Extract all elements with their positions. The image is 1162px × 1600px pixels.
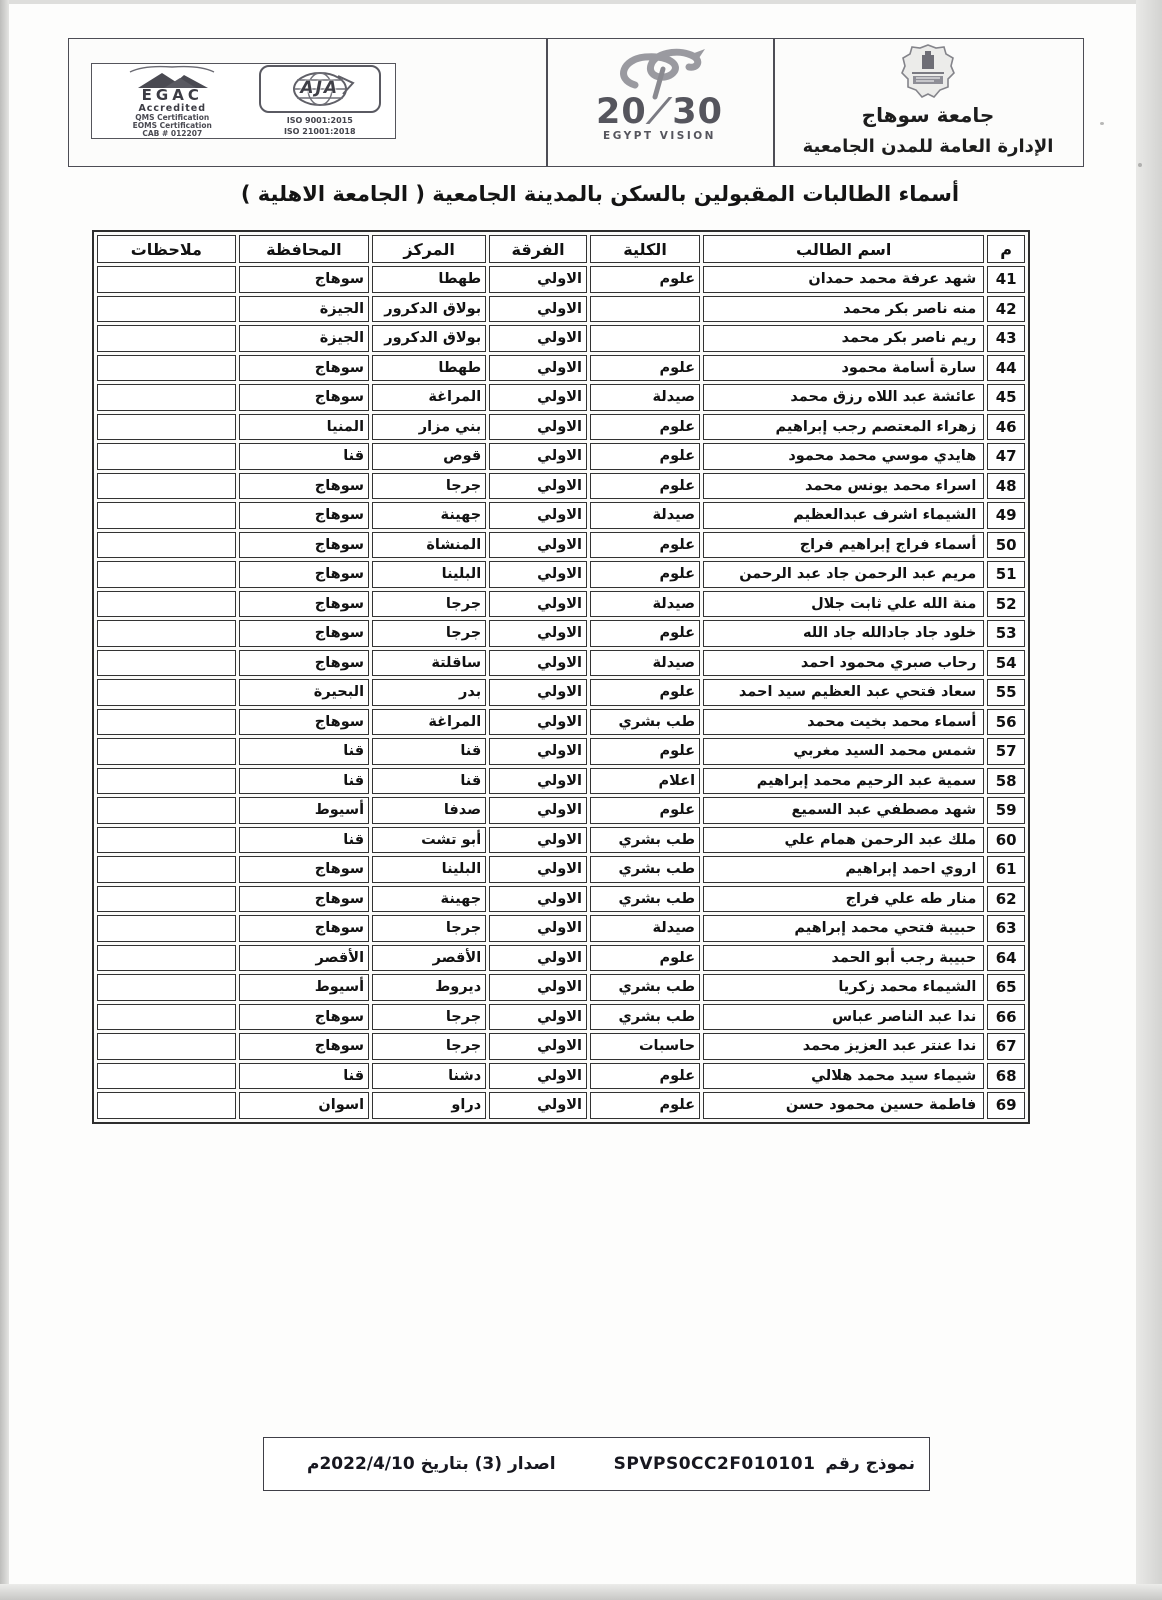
cell-grade: الاولي bbox=[489, 325, 587, 352]
accreditation-cell: EGAC Accredited QMS Certification EOMS C… bbox=[69, 39, 546, 166]
cell-number: 45 bbox=[987, 384, 1025, 411]
cell-center: بولاق الدكرور bbox=[372, 296, 486, 323]
col-header-notes: ملاحظات bbox=[97, 235, 236, 263]
cell-student-name: سمية عبد الرحيم محمد إبراهيم bbox=[703, 768, 984, 795]
scan-speck bbox=[1100, 122, 1104, 125]
cell-center: قنا bbox=[372, 738, 486, 765]
cell-governorate: قنا bbox=[239, 738, 369, 765]
scan-edge-bottom bbox=[0, 1584, 1162, 1600]
cell-number: 51 bbox=[987, 561, 1025, 588]
table-row: 53 خلود جاد جادالله جاد الله علوم الاولي… bbox=[97, 620, 1025, 647]
cell-college: اعلام bbox=[590, 768, 700, 795]
cell-college: صيدلة bbox=[590, 650, 700, 677]
cell-number: 42 bbox=[987, 296, 1025, 323]
cell-notes bbox=[97, 502, 236, 529]
cell-center: دراو bbox=[372, 1092, 486, 1119]
table-row: 57 شمس محمد السيد مغربي علوم الاولي قنا … bbox=[97, 738, 1025, 765]
cell-college: علوم bbox=[590, 473, 700, 500]
cell-governorate: سوهاج bbox=[239, 915, 369, 942]
table-row: 61 اروي احمد إبراهيم طب بشري الاولي البل… bbox=[97, 856, 1025, 883]
cell-center: ساقلتة bbox=[372, 650, 486, 677]
cell-governorate: سوهاج bbox=[239, 266, 369, 293]
cell-governorate: سوهاج bbox=[239, 620, 369, 647]
cell-governorate: سوهاج bbox=[239, 502, 369, 529]
cell-number: 50 bbox=[987, 532, 1025, 559]
col-header-student-name: اسم الطالب bbox=[703, 235, 984, 263]
cell-center: بدر bbox=[372, 679, 486, 706]
cell-governorate: سوهاج bbox=[239, 856, 369, 883]
university-cell: جامعة سوهاج الإدارة العامة للمدن الجامعي… bbox=[773, 39, 1083, 166]
cell-notes bbox=[97, 1004, 236, 1031]
cell-grade: الاولي bbox=[489, 561, 587, 588]
cell-student-name: ريم ناصر بكر محمد bbox=[703, 325, 984, 352]
cell-notes bbox=[97, 296, 236, 323]
cell-student-name: مريم عبد الرحمن جاد عبد الرحمن bbox=[703, 561, 984, 588]
cell-number: 60 bbox=[987, 827, 1025, 854]
cell-center: جرجا bbox=[372, 591, 486, 618]
cell-governorate: سوهاج bbox=[239, 591, 369, 618]
table-row: 59 شهد مصطفي عبد السميع علوم الاولي صدفا… bbox=[97, 797, 1025, 824]
cell-notes bbox=[97, 974, 236, 1001]
cell-governorate: الأقصر bbox=[239, 945, 369, 972]
cell-center: جرجا bbox=[372, 1004, 486, 1031]
cell-notes bbox=[97, 355, 236, 382]
cell-number: 64 bbox=[987, 945, 1025, 972]
cell-grade: الاولي bbox=[489, 296, 587, 323]
cell-college: علوم bbox=[590, 1092, 700, 1119]
col-header-governorate: المحافظة bbox=[239, 235, 369, 263]
cell-number: 67 bbox=[987, 1033, 1025, 1060]
cell-notes bbox=[97, 591, 236, 618]
cell-governorate: قنا bbox=[239, 827, 369, 854]
table-row: 68 شيماء سيد محمد هلالي علوم الاولي دشنا… bbox=[97, 1063, 1025, 1090]
cell-college: طب بشري bbox=[590, 1004, 700, 1031]
cell-notes bbox=[97, 709, 236, 736]
cell-number: 55 bbox=[987, 679, 1025, 706]
cell-student-name: منة الله علي ثابت جلال bbox=[703, 591, 984, 618]
cell-notes bbox=[97, 325, 236, 352]
cell-center: بني مزار bbox=[372, 414, 486, 441]
egac-line: CAB # 012207 bbox=[97, 130, 247, 138]
cell-governorate: سوهاج bbox=[239, 886, 369, 913]
cell-student-name: شهد مصطفي عبد السميع bbox=[703, 797, 984, 824]
cell-governorate: سوهاج bbox=[239, 1033, 369, 1060]
table-row: 42 منه ناصر بكر محمد الاولي بولاق الدكرو… bbox=[97, 296, 1025, 323]
cell-notes bbox=[97, 443, 236, 470]
cell-college: علوم bbox=[590, 620, 700, 647]
university-shield-icon bbox=[900, 43, 956, 101]
cell-center: جهينة bbox=[372, 886, 486, 913]
cell-college: طب بشري bbox=[590, 974, 700, 1001]
cell-grade: الاولي bbox=[489, 620, 587, 647]
cell-college: علوم bbox=[590, 355, 700, 382]
cell-college: علوم bbox=[590, 797, 700, 824]
table-row: 64 حبيبة رجب أبو الحمد علوم الاولي الأقص… bbox=[97, 945, 1025, 972]
cell-center: البلينا bbox=[372, 856, 486, 883]
cell-college: طب بشري bbox=[590, 856, 700, 883]
cell-grade: الاولي bbox=[489, 443, 587, 470]
cell-center: طهطا bbox=[372, 355, 486, 382]
table-row: 45 عائشة عبد اللاه رزق محمد صيدلة الاولي… bbox=[97, 384, 1025, 411]
cell-student-name: اروي احمد إبراهيم bbox=[703, 856, 984, 883]
cell-number: 53 bbox=[987, 620, 1025, 647]
cell-governorate: أسيوط bbox=[239, 974, 369, 1001]
table-row: 66 ندا عبد الناصر عباس طب بشري الاولي جر… bbox=[97, 1004, 1025, 1031]
university-name: جامعة سوهاج bbox=[773, 103, 1083, 127]
cell-center: قوص bbox=[372, 443, 486, 470]
cell-governorate: سوهاج bbox=[239, 384, 369, 411]
table-row: 50 أسماء فراج إبراهيم فراج علوم الاولي ا… bbox=[97, 532, 1025, 559]
cell-grade: الاولي bbox=[489, 1092, 587, 1119]
cell-notes bbox=[97, 473, 236, 500]
cell-notes bbox=[97, 915, 236, 942]
cell-student-name: شيماء سيد محمد هلالي bbox=[703, 1063, 984, 1090]
cell-governorate: قنا bbox=[239, 1063, 369, 1090]
cell-governorate: أسيوط bbox=[239, 797, 369, 824]
egac-logo: EGAC Accredited QMS Certification EOMS C… bbox=[97, 64, 247, 137]
cell-college: علوم bbox=[590, 945, 700, 972]
cell-grade: الاولي bbox=[489, 856, 587, 883]
cell-college: علوم bbox=[590, 679, 700, 706]
cell-number: 57 bbox=[987, 738, 1025, 765]
cell-grade: الاولي bbox=[489, 797, 587, 824]
vision-numbers: 20⟋30 bbox=[546, 95, 773, 130]
cell-grade: الاولي bbox=[489, 414, 587, 441]
cell-notes bbox=[97, 1033, 236, 1060]
cell-center: المراغة bbox=[372, 709, 486, 736]
cell-number: 49 bbox=[987, 502, 1025, 529]
cell-number: 59 bbox=[987, 797, 1025, 824]
page-title: أسماء الطالبات المقبولين بالسكن بالمدينة… bbox=[100, 182, 1100, 206]
cell-student-name: هايدي موسي محمد محمود bbox=[703, 443, 984, 470]
cell-student-name: الشيماء محمد زكريا bbox=[703, 974, 984, 1001]
cell-governorate: المنيا bbox=[239, 414, 369, 441]
header-band: EGAC Accredited QMS Certification EOMS C… bbox=[68, 38, 1084, 167]
cell-number: 56 bbox=[987, 709, 1025, 736]
aja-iso-line: ISO 9001:2015 bbox=[250, 116, 390, 126]
certification-box: EGAC Accredited QMS Certification EOMS C… bbox=[91, 63, 396, 139]
cell-center: أبو تشت bbox=[372, 827, 486, 854]
table-row: 63 حبيبة فتحي محمد إبراهيم صيدلة الاولي … bbox=[97, 915, 1025, 942]
col-header-number: م bbox=[987, 235, 1025, 263]
table-row: 55 سعاد فتحي عبد العظيم سيد احمد علوم ال… bbox=[97, 679, 1025, 706]
cell-grade: الاولي bbox=[489, 1033, 587, 1060]
cell-student-name: منار طه علي فراج bbox=[703, 886, 984, 913]
cell-student-name: شمس محمد السيد مغربي bbox=[703, 738, 984, 765]
cell-grade: الاولي bbox=[489, 384, 587, 411]
cell-grade: الاولي bbox=[489, 1004, 587, 1031]
cell-center: جرجا bbox=[372, 915, 486, 942]
cell-notes bbox=[97, 384, 236, 411]
cell-number: 54 bbox=[987, 650, 1025, 677]
cell-grade: الاولي bbox=[489, 1063, 587, 1090]
cell-student-name: سارة أسامة محمود bbox=[703, 355, 984, 382]
cell-college: طب بشري bbox=[590, 827, 700, 854]
cell-student-name: منه ناصر بكر محمد bbox=[703, 296, 984, 323]
col-header-college: الكلية bbox=[590, 235, 700, 263]
table-row: 49 الشيماء اشرف عبدالعظيم صيدلة الاولي ج… bbox=[97, 502, 1025, 529]
cell-notes bbox=[97, 1092, 236, 1119]
cell-governorate: سوهاج bbox=[239, 473, 369, 500]
cell-college: صيدلة bbox=[590, 591, 700, 618]
cell-college: علوم bbox=[590, 266, 700, 293]
cell-college: طب بشري bbox=[590, 886, 700, 913]
cell-grade: الاولي bbox=[489, 502, 587, 529]
table-row: 43 ريم ناصر بكر محمد الاولي بولاق الدكرو… bbox=[97, 325, 1025, 352]
cell-number: 66 bbox=[987, 1004, 1025, 1031]
table-row: 51 مريم عبد الرحمن جاد عبد الرحمن علوم ا… bbox=[97, 561, 1025, 588]
cell-student-name: رحاب صبري محمود احمد bbox=[703, 650, 984, 677]
cell-grade: الاولي bbox=[489, 650, 587, 677]
vision-cell: 20⟋30 EGYPT VISION bbox=[546, 39, 773, 166]
cell-governorate: سوهاج bbox=[239, 355, 369, 382]
cell-student-name: ندا عنتر عبد العزيز محمد bbox=[703, 1033, 984, 1060]
cell-notes bbox=[97, 945, 236, 972]
egac-name: EGAC bbox=[97, 88, 247, 104]
cell-center: البلينا bbox=[372, 561, 486, 588]
cell-grade: الاولي bbox=[489, 709, 587, 736]
cell-college: صيدلة bbox=[590, 915, 700, 942]
cell-number: 61 bbox=[987, 856, 1025, 883]
cell-number: 65 bbox=[987, 974, 1025, 1001]
cell-governorate: قنا bbox=[239, 768, 369, 795]
cell-notes bbox=[97, 561, 236, 588]
cell-center: جرجا bbox=[372, 473, 486, 500]
department-name: الإدارة العامة للمدن الجامعية bbox=[773, 136, 1083, 157]
cell-center: ديروط bbox=[372, 974, 486, 1001]
scan-edge-left bbox=[0, 0, 9, 1600]
cell-college: صيدلة bbox=[590, 502, 700, 529]
cell-grade: الاولي bbox=[489, 679, 587, 706]
cell-college bbox=[590, 296, 700, 323]
cell-number: 47 bbox=[987, 443, 1025, 470]
form-code: SPVPS0CC2F010101 bbox=[614, 1454, 816, 1474]
table-row: 48 اسراء محمد يونس محمد علوم الاولي جرجا… bbox=[97, 473, 1025, 500]
cell-student-name: اسراء محمد يونس محمد bbox=[703, 473, 984, 500]
cell-college: علوم bbox=[590, 1063, 700, 1090]
cell-grade: الاولي bbox=[489, 738, 587, 765]
cell-number: 62 bbox=[987, 886, 1025, 913]
cell-governorate: سوهاج bbox=[239, 532, 369, 559]
form-issue-date: اصدار (3) بتاريخ 2022/4/10م bbox=[307, 1454, 556, 1474]
cell-notes bbox=[97, 768, 236, 795]
cell-student-name: خلود جاد جادالله جاد الله bbox=[703, 620, 984, 647]
cell-notes bbox=[97, 827, 236, 854]
cell-student-name: فاطمة حسين محمود حسن bbox=[703, 1092, 984, 1119]
cell-grade: الاولي bbox=[489, 974, 587, 1001]
cell-student-name: حبيبة فتحي محمد إبراهيم bbox=[703, 915, 984, 942]
cell-governorate: الجيزة bbox=[239, 325, 369, 352]
aja-iso-line: ISO 21001:2018 bbox=[250, 127, 390, 137]
cell-notes bbox=[97, 650, 236, 677]
cell-number: 46 bbox=[987, 414, 1025, 441]
table-header-row: م اسم الطالب الكلية الفرقة المركز المحاف… bbox=[97, 235, 1025, 263]
cell-college: صيدلة bbox=[590, 384, 700, 411]
cell-grade: الاولي bbox=[489, 886, 587, 913]
table-row: 67 ندا عنتر عبد العزيز محمد حاسبات الاول… bbox=[97, 1033, 1025, 1060]
cell-notes bbox=[97, 266, 236, 293]
cell-center: المراغة bbox=[372, 384, 486, 411]
cell-college: علوم bbox=[590, 414, 700, 441]
cell-governorate: سوهاج bbox=[239, 1004, 369, 1031]
cell-student-name: حبيبة رجب أبو الحمد bbox=[703, 945, 984, 972]
form-footer-box: نموذج رقم SPVPS0CC2F010101 اصدار (3) بتا… bbox=[263, 1437, 930, 1491]
students-roster-table: م اسم الطالب الكلية الفرقة المركز المحاف… bbox=[92, 230, 1030, 1124]
col-header-grade: الفرقة bbox=[489, 235, 587, 263]
cell-governorate: اسوان bbox=[239, 1092, 369, 1119]
form-number-label: نموذج رقم bbox=[825, 1454, 915, 1474]
cell-student-name: زهراء المعتصم رجب إبراهيم bbox=[703, 414, 984, 441]
cell-number: 58 bbox=[987, 768, 1025, 795]
cell-grade: الاولي bbox=[489, 473, 587, 500]
cell-notes bbox=[97, 414, 236, 441]
cell-center: طهطا bbox=[372, 266, 486, 293]
cell-number: 69 bbox=[987, 1092, 1025, 1119]
cell-notes bbox=[97, 797, 236, 824]
cell-governorate: الجيزة bbox=[239, 296, 369, 323]
cell-center: قنا bbox=[372, 768, 486, 795]
aja-name: AJA bbox=[261, 78, 379, 98]
table-row: 52 منة الله علي ثابت جلال صيدلة الاولي ج… bbox=[97, 591, 1025, 618]
cell-number: 68 bbox=[987, 1063, 1025, 1090]
cell-number: 52 bbox=[987, 591, 1025, 618]
egypt-vision-2030-logo: 20⟋30 EGYPT VISION bbox=[546, 45, 773, 142]
roster-body: 41 شهد عرفة محمد حمدان علوم الاولي طهطا … bbox=[97, 266, 1025, 1119]
vision-label: EGYPT VISION bbox=[546, 130, 773, 142]
cell-student-name: أسماء محمد بخيت محمد bbox=[703, 709, 984, 736]
cell-number: 63 bbox=[987, 915, 1025, 942]
cell-student-name: سعاد فتحي عبد العظيم سيد احمد bbox=[703, 679, 984, 706]
cell-notes bbox=[97, 886, 236, 913]
cell-center: صدفا bbox=[372, 797, 486, 824]
cell-number: 44 bbox=[987, 355, 1025, 382]
cell-student-name: ندا عبد الناصر عباس bbox=[703, 1004, 984, 1031]
cell-grade: الاولي bbox=[489, 355, 587, 382]
cell-grade: الاولي bbox=[489, 591, 587, 618]
cell-student-name: أسماء فراج إبراهيم فراج bbox=[703, 532, 984, 559]
cell-center: جرجا bbox=[372, 1033, 486, 1060]
cell-student-name: عائشة عبد اللاه رزق محمد bbox=[703, 384, 984, 411]
scan-edge-top bbox=[0, 0, 1162, 4]
cell-center: دشنا bbox=[372, 1063, 486, 1090]
cell-college: طب بشري bbox=[590, 709, 700, 736]
table-row: 46 زهراء المعتصم رجب إبراهيم علوم الاولي… bbox=[97, 414, 1025, 441]
scan-edge-right bbox=[1136, 0, 1162, 1600]
cell-center: بولاق الدكرور bbox=[372, 325, 486, 352]
cell-notes bbox=[97, 532, 236, 559]
cell-notes bbox=[97, 620, 236, 647]
col-header-center: المركز bbox=[372, 235, 486, 263]
cell-center: المنشاة bbox=[372, 532, 486, 559]
cell-governorate: قنا bbox=[239, 443, 369, 470]
table-row: 54 رحاب صبري محمود احمد صيدلة الاولي ساق… bbox=[97, 650, 1025, 677]
cell-governorate: سوهاج bbox=[239, 561, 369, 588]
table-row: 58 سمية عبد الرحيم محمد إبراهيم اعلام ال… bbox=[97, 768, 1025, 795]
cell-college: حاسبات bbox=[590, 1033, 700, 1060]
cell-student-name: ملك عبد الرحمن همام علي bbox=[703, 827, 984, 854]
cell-grade: الاولي bbox=[489, 915, 587, 942]
cell-college: علوم bbox=[590, 532, 700, 559]
table-row: 62 منار طه علي فراج طب بشري الاولي جهينة… bbox=[97, 886, 1025, 913]
table-row: 60 ملك عبد الرحمن همام علي طب بشري الاول… bbox=[97, 827, 1025, 854]
cell-notes bbox=[97, 856, 236, 883]
cell-grade: الاولي bbox=[489, 266, 587, 293]
scan-speck bbox=[1138, 163, 1142, 167]
cell-governorate: سوهاج bbox=[239, 709, 369, 736]
cell-number: 48 bbox=[987, 473, 1025, 500]
table-row: 65 الشيماء محمد زكريا طب بشري الاولي دير… bbox=[97, 974, 1025, 1001]
table-row: 47 هايدي موسي محمد محمود علوم الاولي قوص… bbox=[97, 443, 1025, 470]
cell-grade: الاولي bbox=[489, 768, 587, 795]
cell-center: الأقصر bbox=[372, 945, 486, 972]
cell-grade: الاولي bbox=[489, 945, 587, 972]
cell-notes bbox=[97, 679, 236, 706]
cell-notes bbox=[97, 738, 236, 765]
cell-governorate: سوهاج bbox=[239, 650, 369, 677]
cell-governorate: البحيرة bbox=[239, 679, 369, 706]
cell-grade: الاولي bbox=[489, 532, 587, 559]
aja-logo: AJA ISO 9001:2015 ISO 21001:2018 bbox=[250, 65, 390, 137]
cell-center: جرجا bbox=[372, 620, 486, 647]
cell-college: علوم bbox=[590, 443, 700, 470]
cell-college: علوم bbox=[590, 561, 700, 588]
cell-notes bbox=[97, 1063, 236, 1090]
table-row: 41 شهد عرفة محمد حمدان علوم الاولي طهطا … bbox=[97, 266, 1025, 293]
cell-student-name: الشيماء اشرف عبدالعظيم bbox=[703, 502, 984, 529]
table-row: 44 سارة أسامة محمود علوم الاولي طهطا سوه… bbox=[97, 355, 1025, 382]
table-row: 56 أسماء محمد بخيت محمد طب بشري الاولي ا… bbox=[97, 709, 1025, 736]
cell-grade: الاولي bbox=[489, 827, 587, 854]
cell-college bbox=[590, 325, 700, 352]
cell-student-name: شهد عرفة محمد حمدان bbox=[703, 266, 984, 293]
aja-globe-icon: AJA bbox=[259, 65, 381, 113]
cell-college: علوم bbox=[590, 738, 700, 765]
cell-number: 43 bbox=[987, 325, 1025, 352]
cell-center: جهينة bbox=[372, 502, 486, 529]
cell-number: 41 bbox=[987, 266, 1025, 293]
table-row: 69 فاطمة حسين محمود حسن علوم الاولي دراو… bbox=[97, 1092, 1025, 1119]
